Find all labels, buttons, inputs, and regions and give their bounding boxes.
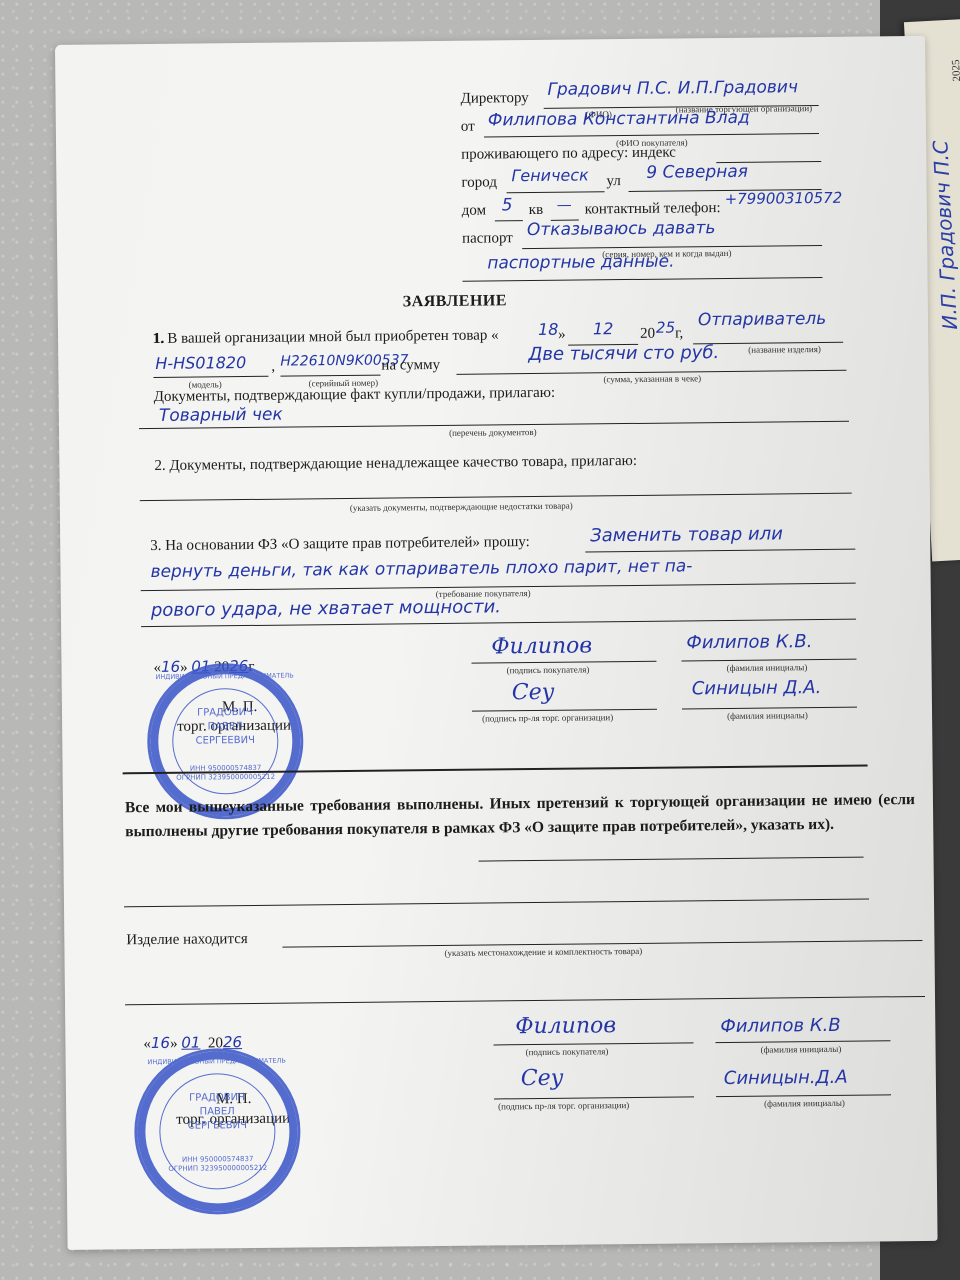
phone-value[interactable]: +79900310572 bbox=[725, 189, 843, 208]
apt-label: кв bbox=[529, 202, 544, 219]
application-form: Директору Градович П.С. И.П.Градович (ФИ… bbox=[55, 36, 938, 1250]
year-unit: г, bbox=[675, 325, 683, 342]
sum-value[interactable]: Две тысячи сто руб. bbox=[528, 342, 719, 365]
purchase-day[interactable]: 18 bbox=[538, 320, 559, 339]
completion-paragraph: Все мои вышеуказанные требования выполне… bbox=[125, 788, 915, 844]
house-value[interactable]: 5 bbox=[502, 195, 513, 215]
docs-hint: (перечень документов) bbox=[449, 427, 537, 438]
comma: , bbox=[271, 359, 275, 376]
section2-hint: (указать документы, подтверждающие недос… bbox=[350, 501, 573, 513]
stamp-ogrnip: ОГРНИП 323950000005212 bbox=[138, 1164, 298, 1175]
seal-stamp-2: ИНДИВИДУАЛЬНЫЙ ПРЕДПРИНИМАТЕЛЬ ГРАДОВИЧ … bbox=[134, 1047, 302, 1215]
from-value[interactable]: Филипова Константина Влад bbox=[488, 108, 750, 131]
stamp-name-3: СЕРГЕЕВИЧ bbox=[150, 733, 300, 749]
sign2-seller-name-hint: (фамилия инициалы) bbox=[764, 1098, 845, 1109]
sign1-seller-signature[interactable]: Сеу bbox=[512, 680, 555, 705]
sign1-buyer-signature[interactable]: Филипов bbox=[491, 633, 592, 659]
stamp-type: ИНДИВИДУАЛЬНЫЙ ПРЕДПРИНИМАТЕЛЬ bbox=[137, 1057, 297, 1067]
sum-label: на сумму bbox=[381, 357, 440, 375]
street-label: ул bbox=[606, 173, 621, 190]
location-label: Изделие находится bbox=[126, 931, 248, 949]
passport-value[interactable]: Отказываюсь давать bbox=[527, 218, 716, 240]
docs-value[interactable]: Товарный чек bbox=[159, 405, 283, 426]
sign1-buyer-signature-hint: (подпись покупателя) bbox=[507, 664, 590, 675]
request-line3[interactable]: рового удара, не хватает мощности. bbox=[151, 596, 501, 621]
passport-value-line2[interactable]: паспортные данные. bbox=[487, 252, 674, 274]
sign2-seller-signature-hint: (подпись пр-ля торг. организации) bbox=[498, 1100, 629, 1111]
document-title: ЗАЯВЛЕНИЕ bbox=[403, 292, 507, 311]
purchase-month[interactable]: 12 bbox=[593, 319, 614, 338]
stamp-type: ИНДИВИДУАЛЬНЫЙ ПРЕДПРИНИМАТЕЛЬ bbox=[150, 671, 300, 681]
request-line1[interactable]: Заменить товар или bbox=[590, 523, 783, 546]
director-label: Директору bbox=[461, 90, 529, 108]
stamp-ogrnip: ОГРНИП 323950000005212 bbox=[151, 772, 301, 783]
product-name[interactable]: Отпариватель bbox=[698, 309, 827, 330]
sign1-seller-signature-hint: (подпись пр-ля торг. организации) bbox=[482, 712, 613, 723]
from-label: от bbox=[461, 119, 475, 136]
location-hint: (указать местонахождение и комплектность… bbox=[444, 946, 642, 958]
house-label: дом bbox=[462, 202, 487, 219]
sign2-buyer-name[interactable]: Филипов К.В bbox=[720, 1015, 841, 1037]
sum-hint: (сумма, указанная в чеке) bbox=[603, 373, 701, 384]
director-value[interactable]: Градович П.С. И.П.Градович bbox=[547, 77, 798, 100]
side-document-text: И.П. Градович П.С bbox=[928, 140, 960, 331]
request-line2[interactable]: вернуть деньги, так как отпариватель пло… bbox=[150, 556, 692, 582]
passport-label: паспорт bbox=[462, 230, 513, 248]
phone-label: контактный телефон: bbox=[585, 200, 721, 218]
street-value[interactable]: 9 Северная bbox=[646, 162, 748, 183]
sign2-seller-name[interactable]: Синицын.Д.А bbox=[724, 1067, 848, 1089]
city-label: город bbox=[461, 174, 497, 191]
city-value[interactable]: Геническ bbox=[511, 165, 589, 185]
sign2-buyer-signature-hint: (подпись покупателя) bbox=[526, 1046, 609, 1057]
section3-text: 3. На основании ФЗ «О защите прав потреб… bbox=[150, 534, 530, 555]
quote-close: » bbox=[558, 327, 566, 344]
year-prefix: 20 bbox=[640, 326, 655, 343]
apt-value[interactable]: — bbox=[557, 196, 572, 214]
purchase-year[interactable]: 25 bbox=[656, 319, 675, 337]
sign1-seller-name-hint: (фамилия инициалы) bbox=[727, 710, 808, 721]
product-hint: (название изделия) bbox=[748, 344, 821, 355]
sign2-month[interactable]: 01 bbox=[181, 1034, 200, 1052]
side-document-year: 2025 bbox=[950, 59, 960, 82]
sign1-buyer-name-hint: (фамилия инициалы) bbox=[727, 662, 808, 673]
address-label: проживающего по адресу: индекс bbox=[461, 145, 676, 164]
docs-label: Документы, подтверждающие факт купли/про… bbox=[154, 385, 556, 406]
section1-text: 1.1. В вашей организации мной был приобр… bbox=[153, 327, 499, 348]
model-value[interactable]: H-HS01820 bbox=[155, 353, 246, 373]
sign1-buyer-name[interactable]: Филипов К.В. bbox=[686, 631, 812, 653]
section2-text: 2. Документы, подтверждающие ненадлежаще… bbox=[154, 453, 637, 475]
sign1-seller-name[interactable]: Синицын Д.А. bbox=[692, 677, 822, 699]
sign2-day[interactable]: 16 bbox=[151, 1034, 170, 1052]
section1-label: 1. В вашей организации мной был приобрет… bbox=[152, 327, 498, 347]
sign2-seller-signature[interactable]: Сеу bbox=[521, 1066, 564, 1091]
sign2-buyer-signature[interactable]: Филипов bbox=[515, 1013, 616, 1039]
stamp-name-3: СЕРГЕЕВИЧ bbox=[137, 1119, 297, 1135]
sign2-buyer-name-hint: (фамилия инициалы) bbox=[761, 1044, 842, 1055]
